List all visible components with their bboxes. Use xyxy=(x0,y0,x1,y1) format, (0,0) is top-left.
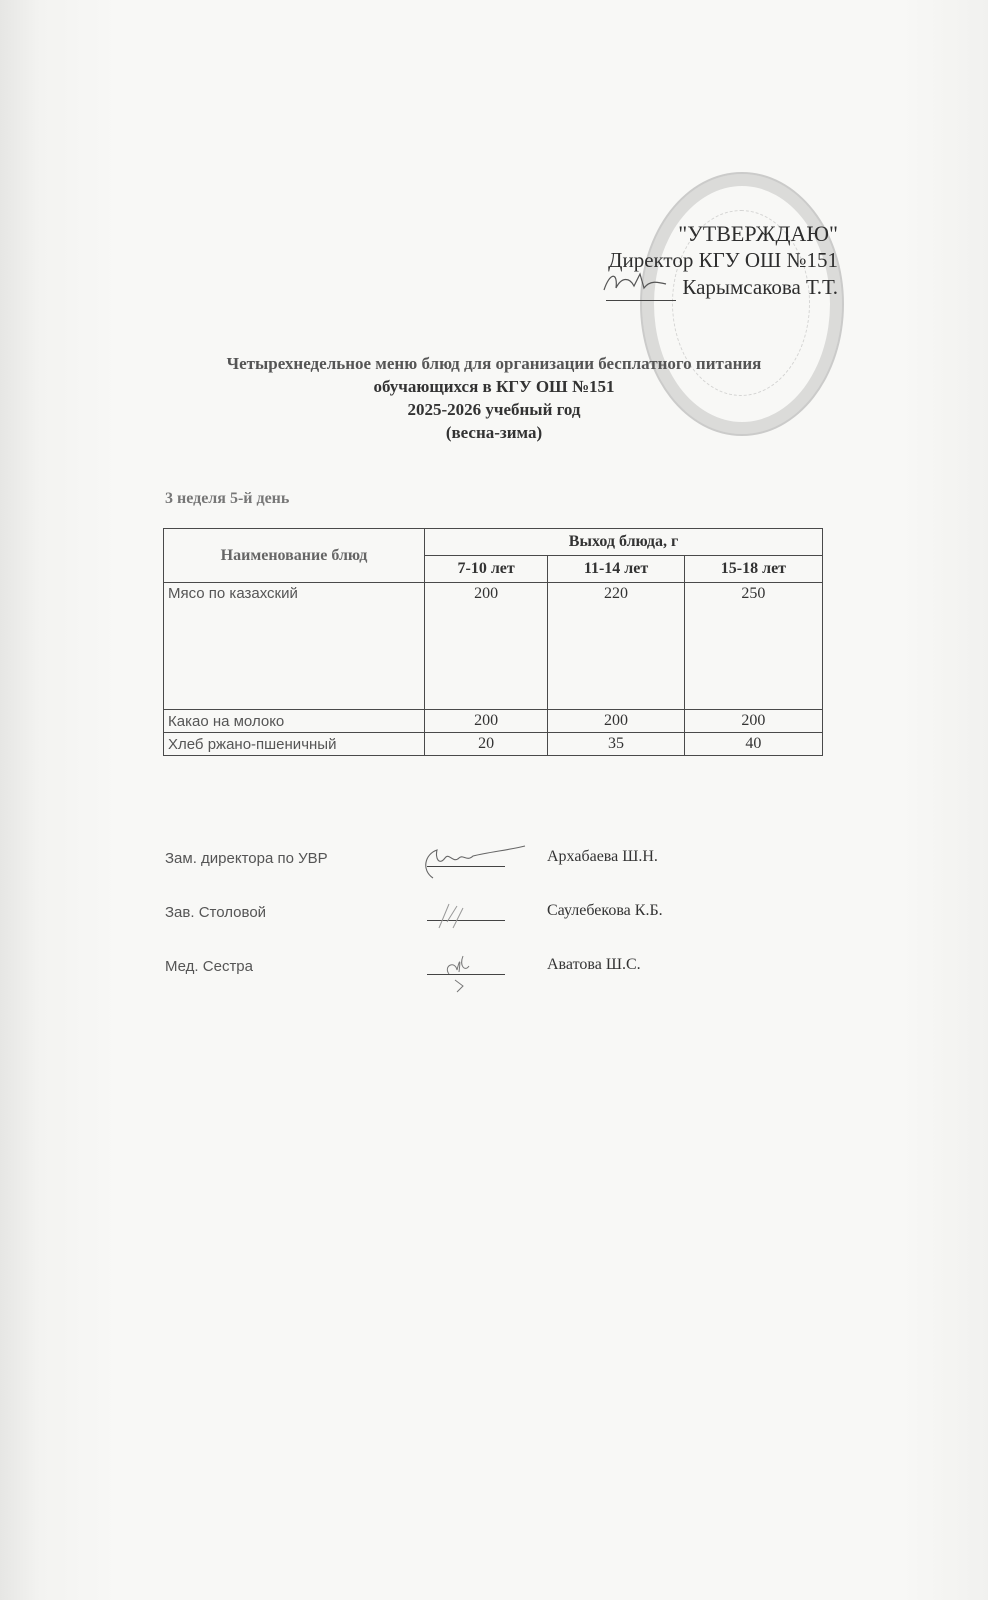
title-line-2: обучающихся в КГУ ОШ №151 xyxy=(0,375,988,398)
column-header-yield: Выход блюда, г xyxy=(425,529,823,556)
approval-name: Карымсакова Т.Т. xyxy=(682,274,838,301)
signature-name: Аватова Ш.С. xyxy=(547,956,641,974)
table-row: Какао на молоко 200 200 200 xyxy=(164,710,823,733)
dish-name: Хлеб ржано-пшеничный xyxy=(164,733,425,756)
signature-mark xyxy=(427,920,505,921)
signature-role: Зав. Столовой xyxy=(165,904,266,921)
title-line-3: 2025-2026 учебный год xyxy=(0,398,988,421)
signature-mark xyxy=(427,974,505,975)
approval-block: "УТВЕРЖДАЮ" Директор КГУ ОШ №151 Карымса… xyxy=(606,220,838,301)
table-row: Мясо по казахский 200 220 250 xyxy=(164,583,823,710)
table-row: Хлеб ржано-пшеничный 20 35 40 xyxy=(164,733,823,756)
yield-value: 20 xyxy=(425,733,548,756)
signature-name: Архабаева Ш.Н. xyxy=(547,848,658,866)
yield-value: 200 xyxy=(548,710,685,733)
menu-table: Наименование блюд Выход блюда, г 7-10 ле… xyxy=(163,528,823,756)
title-line-1: Четырехнедельное меню блюд для организац… xyxy=(0,352,988,375)
document-page: "УТВЕРЖДАЮ" Директор КГУ ОШ №151 Карымса… xyxy=(0,0,988,1600)
yield-value: 200 xyxy=(684,710,822,733)
title-line-4: (весна-зима) xyxy=(0,421,988,444)
column-header-dish: Наименование блюд xyxy=(164,529,425,583)
week-day-label: 3 неделя 5-й день xyxy=(165,490,289,508)
dish-name: Какао на молоко xyxy=(164,710,425,733)
column-header-age-3: 15-18 лет xyxy=(684,556,822,583)
dish-name: Мясо по казахский xyxy=(164,583,425,710)
signature-name: Саулебекова К.Б. xyxy=(547,902,663,920)
yield-value: 200 xyxy=(425,583,548,710)
director-signature xyxy=(606,280,676,301)
yield-value: 200 xyxy=(425,710,548,733)
yield-value: 250 xyxy=(684,583,822,710)
signature-row: Зав. Столовой Саулебекова К.Б. xyxy=(165,902,685,956)
document-title: Четырехнедельное меню блюд для организац… xyxy=(0,352,988,444)
signature-mark xyxy=(427,866,505,867)
column-header-age-2: 11-14 лет xyxy=(548,556,685,583)
yield-value: 40 xyxy=(684,733,822,756)
column-header-age-1: 7-10 лет xyxy=(425,556,548,583)
signature-row: Зам. директора по УВР Архабаева Ш.Н. xyxy=(165,848,685,902)
signature-role: Зам. директора по УВР xyxy=(165,850,328,867)
yield-value: 220 xyxy=(548,583,685,710)
signatures-block: Зам. директора по УВР Архабаева Ш.Н. Зав… xyxy=(165,848,685,1010)
signature-role: Мед. Сестра xyxy=(165,958,253,975)
approval-heading: "УТВЕРЖДАЮ" xyxy=(606,220,838,247)
yield-value: 35 xyxy=(548,733,685,756)
signature-row: Мед. Сестра Аватова Ш.С. xyxy=(165,956,685,1010)
